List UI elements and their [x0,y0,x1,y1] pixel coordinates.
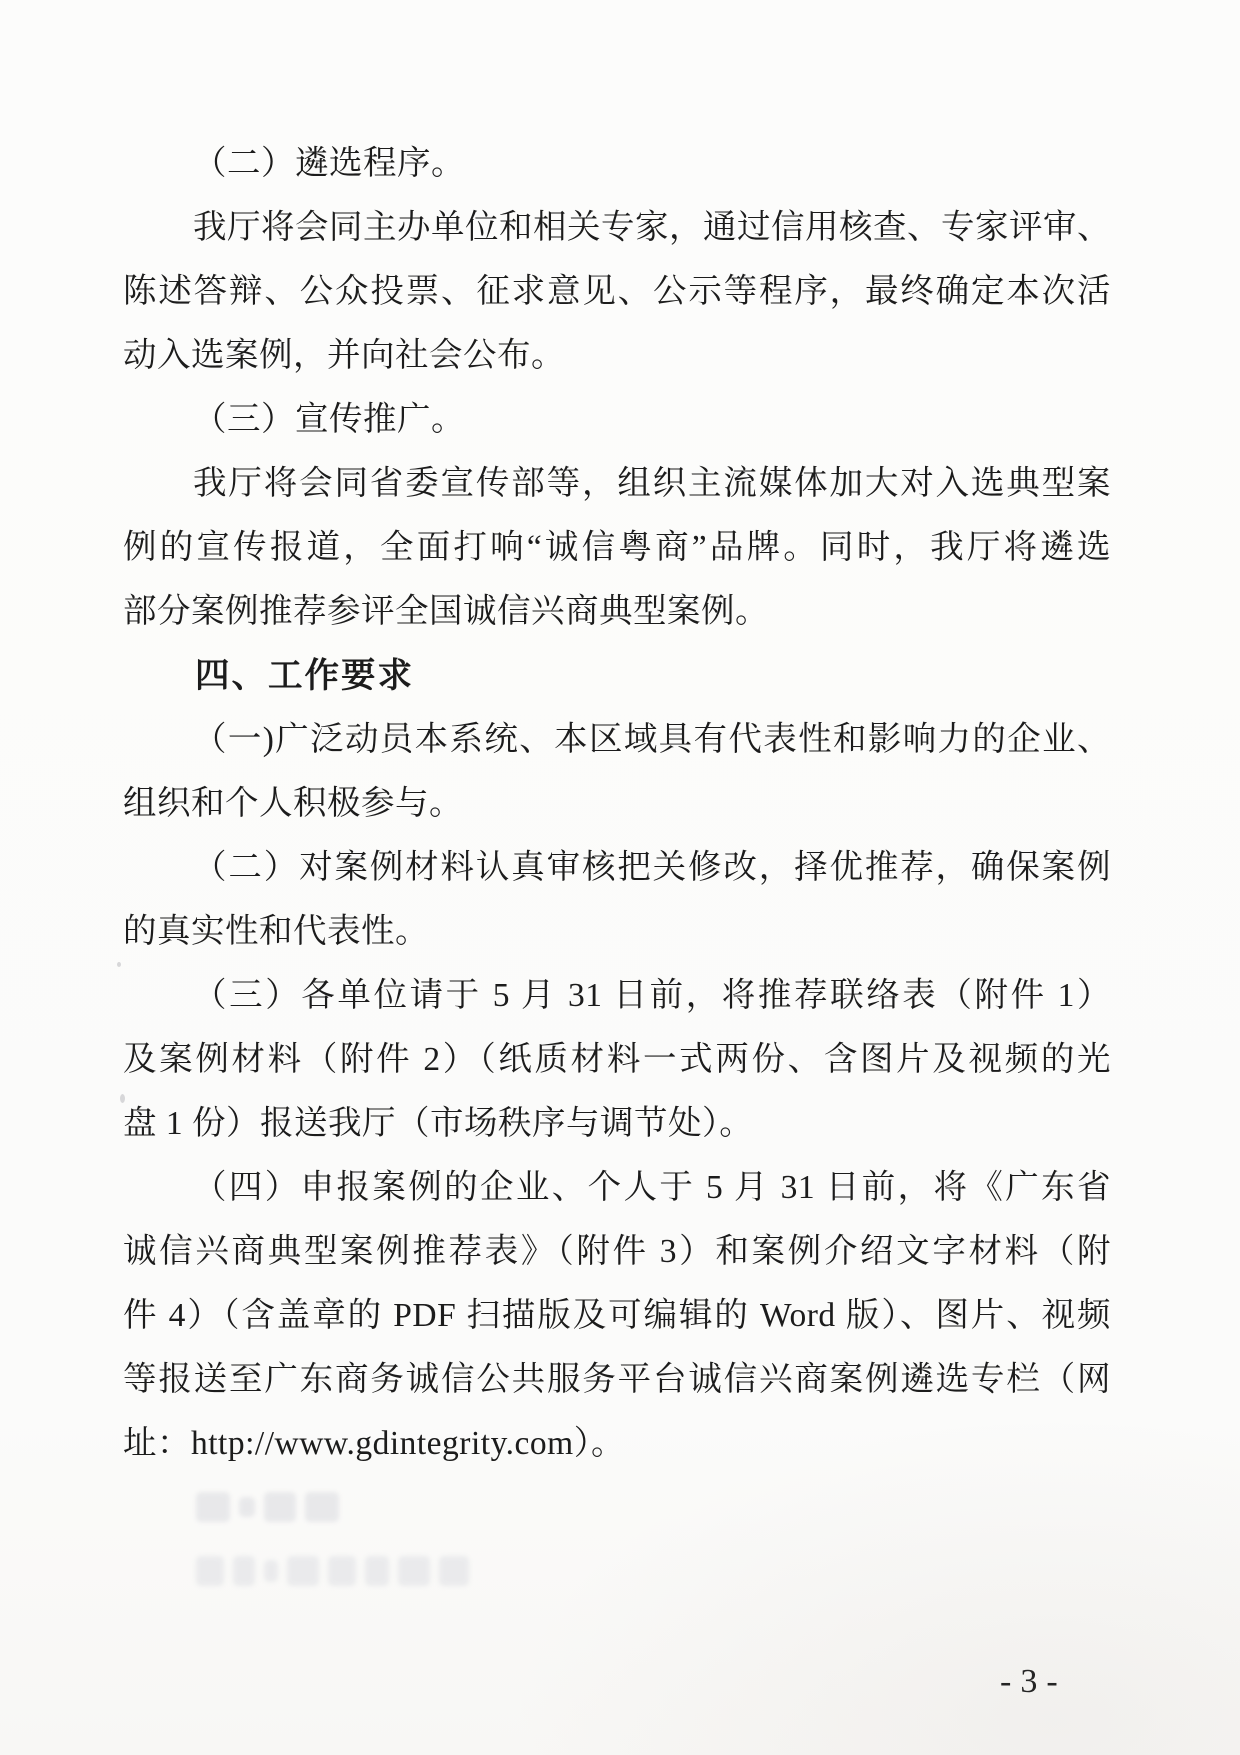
body-text-line: 我厅将会同主办单位和相关专家，通过信用核查、专家评审、 [123,196,1111,260]
bleed-through-smudge [328,1556,356,1586]
body-text-line: （一)广泛动员本系统、本区域具有代表性和影响力的企业、 [123,708,1111,772]
bleed-through-smudge [264,1492,296,1522]
bleed-through-smudge [305,1492,339,1522]
bleed-through-smudge [365,1556,389,1586]
body-text-line: 我厅将会同省委宣传部等，组织主流媒体加大对入选典型案 [123,452,1111,516]
bleed-through-smudge [233,1556,255,1586]
body-text-line: 诚信兴商典型案例推荐表》（附件 3）和案例介绍文字材料（附 [123,1220,1111,1284]
bleed-through-smudge [287,1556,319,1586]
body-text-line: （三）宣传推广。 [123,388,1111,452]
bleed-through-mark-row [196,1492,339,1522]
page-number: -3- [1000,1663,1067,1701]
bleed-through-smudge [439,1556,469,1586]
body-text-line: （二）对案例材料认真审核把关修改，择优推荐，确保案例 [123,836,1111,900]
body-text-line: 件 4）（含盖章的 PDF 扫描版及可编辑的 Word 版）、图片、视频 [123,1284,1111,1348]
body-text-line: 的真实性和代表性。 [123,900,1111,964]
bleed-through-smudge [239,1497,255,1517]
body-text-line: 动入选案例，并向社会公布。 [123,324,1111,388]
body-text-line: 陈述答辩、公众投票、征求意见、公示等程序，最终确定本次活 [123,260,1111,324]
bleed-through-smudge [398,1556,430,1586]
bleed-through-smudge [196,1556,224,1586]
scan-speck [120,1094,125,1103]
body-text-line: 址：http://www.gdintegrity.com）。 [123,1412,1111,1476]
body-text-line: 等报送至广东商务诚信公共服务平台诚信兴商案例遴选专栏（网 [123,1348,1111,1412]
section-heading-work-requirements: 四、工作要求 [123,644,1111,708]
body-text-line: （三）各单位请于 5 月 31 日前，将推荐联络表（附件 1） [123,964,1111,1028]
bleed-through-smudge [264,1560,278,1582]
body-text-line: （四）申报案例的企业、个人于 5 月 31 日前，将《广东省 [123,1156,1111,1220]
body-text-line: 例的宣传报道，全面打响“诚信粤商”品牌。同时，我厅将遴选 [123,516,1111,580]
body-text-line: 及案例材料（附件 2）（纸质材料一式两份、含图片及视频的光 [123,1028,1111,1092]
body-text-line: （二）遴选程序。 [123,132,1111,196]
body-text-line: 组织和个人积极参与。 [123,772,1111,836]
body-text-line: 盘 1 份）报送我厅（市场秩序与调节处）。 [123,1092,1111,1156]
scanned-document-page: （二）遴选程序。 我厅将会同主办单位和相关专家，通过信用核查、专家评审、 陈述答… [0,0,1240,1755]
scan-speck [117,962,121,967]
bleed-through-mark-row [196,1556,469,1586]
body-text-line: 部分案例推荐参评全国诚信兴商典型案例。 [123,580,1111,644]
bleed-through-smudge [196,1492,230,1522]
document-body: （二）遴选程序。 我厅将会同主办单位和相关专家，通过信用核查、专家评审、 陈述答… [123,132,1111,1476]
